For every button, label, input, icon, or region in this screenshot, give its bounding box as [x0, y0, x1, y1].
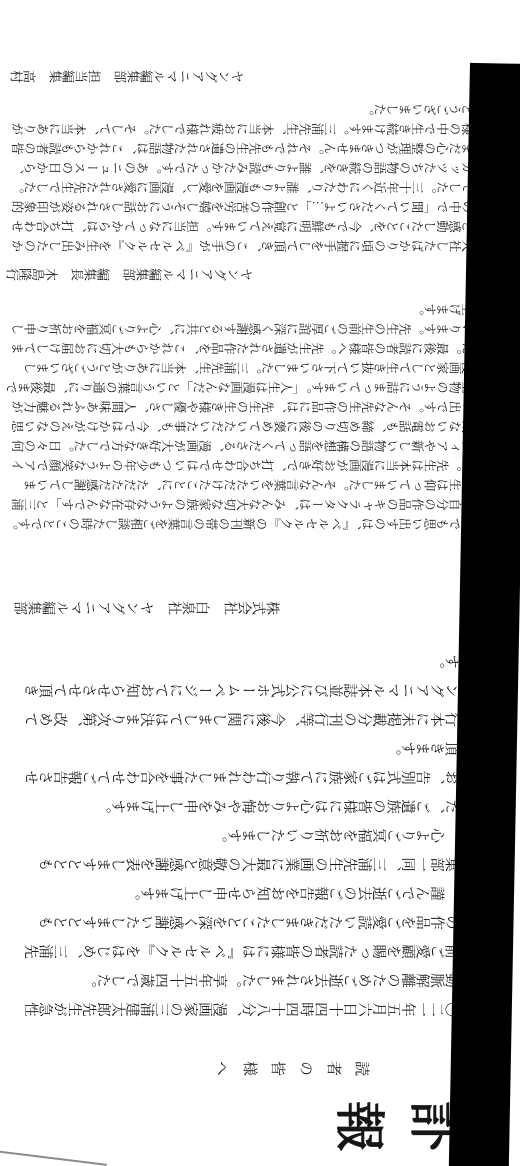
- editor-in-chief-message: 今でも思い出すのは、『ベルセルク』の新刊の帯の言葉をご相談した時のことです。「自…: [0, 298, 474, 532]
- publisher-signature: 株式会社 白泉社 ヤングアニマル編集部: [14, 592, 474, 621]
- page-title: 訃報: [18, 1084, 474, 1160]
- notice-paragraph: 単行本に未掲載分の刊行等、今後に関しましては決まり次第、改めてヤングアニマル本誌…: [16, 645, 474, 732]
- salutation: 読者の皆様へ: [18, 1050, 474, 1084]
- editor-in-chief-signature: ヤングアニマル編集部 編集長 木島隆行: [6, 260, 474, 286]
- staff-editor-signature: ヤングアニマル編集部 担当編集 高村: [10, 62, 474, 88]
- notice-paragraph: 編集部一同、三浦先生の画業に最大の敬意と感謝を表しますとともに、心よりご冥福をお…: [16, 819, 474, 877]
- staff-editor-message-text: 入社したばかりの頃に握手をして頂き、この手が『ベルセルク』を生み出したのかと感動…: [2, 98, 474, 254]
- editor-in-chief-message-text: 今でも思い出すのは、『ベルセルク』の新刊の帯の言葉をご相談した時のことです。「自…: [2, 298, 474, 532]
- notice-paragraph: 二〇二一年五月六日十四時四十八分、漫画家の三浦建太郎先生が急性大動脈解離のためご…: [16, 964, 474, 1022]
- formal-notice: 二〇二一年五月六日十四時四十八分、漫画家の三浦建太郎先生が急性大動脈解離のためご…: [0, 645, 474, 1022]
- obituary-page: 訃報 読者の皆様へ 二〇二一年五月六日十四時四十八分、漫画家の三浦建太郎先生が急…: [0, 0, 520, 1166]
- notice-paragraph: 生前ご愛顧を賜った読者の皆様には『ベルセルク』をはじめ、三浦先生の作品をご愛読い…: [16, 877, 474, 964]
- staff-editor-message: 入社したばかりの頃に握手をして頂き、この手が『ベルセルク』を生み出したのかと感動…: [0, 98, 474, 254]
- notice-paragraph: なお、告別式はご家族にて執り行われました事を合わせてご報告させて頂きます。: [16, 732, 474, 790]
- obituary-scan: 訃報 読者の皆様へ 二〇二一年五月六日十四時四十八分、漫画家の三浦建太郎先生が急…: [0, 0, 520, 1166]
- notice-paragraph: また、ご遺族の皆様には心よりお悔やみを申し上げます。: [16, 790, 474, 819]
